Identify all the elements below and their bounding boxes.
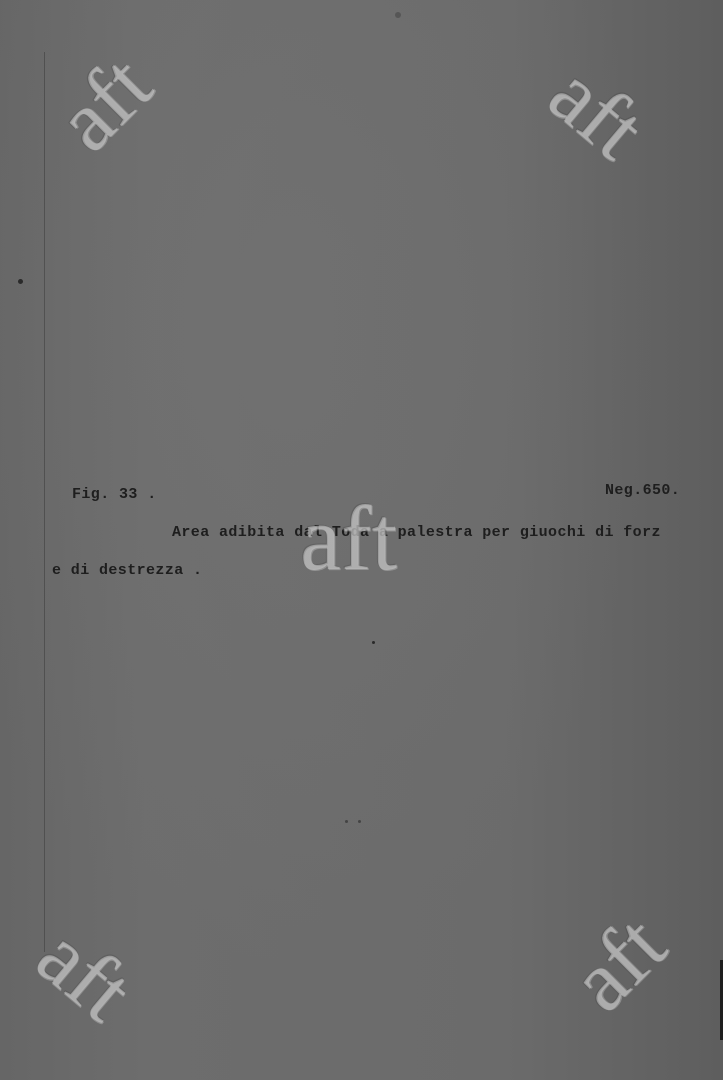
watermark-logo: aft (300, 492, 397, 584)
figure-label: Fig. 33 . (72, 486, 157, 503)
caption-line-2: e di destrezza . (52, 562, 202, 579)
caption-line-1: Area adibita dal Toda a palestra per giu… (172, 524, 661, 541)
dust-speck (18, 279, 23, 284)
dust-speck (395, 12, 401, 18)
dust-speck (345, 820, 348, 823)
dust-speck (372, 641, 375, 644)
scanned-page: Fig. 33 . Neg.650. Area adibita dal Toda… (0, 0, 723, 1080)
margin-line (44, 52, 45, 952)
watermark-logo: aft (41, 41, 166, 166)
dust-speck (358, 820, 361, 823)
watermark-logo: aft (555, 901, 680, 1026)
negative-number: Neg.650. (605, 482, 680, 499)
watermark-logo: aft (23, 911, 148, 1035)
watermark-logo: aft (535, 49, 660, 173)
